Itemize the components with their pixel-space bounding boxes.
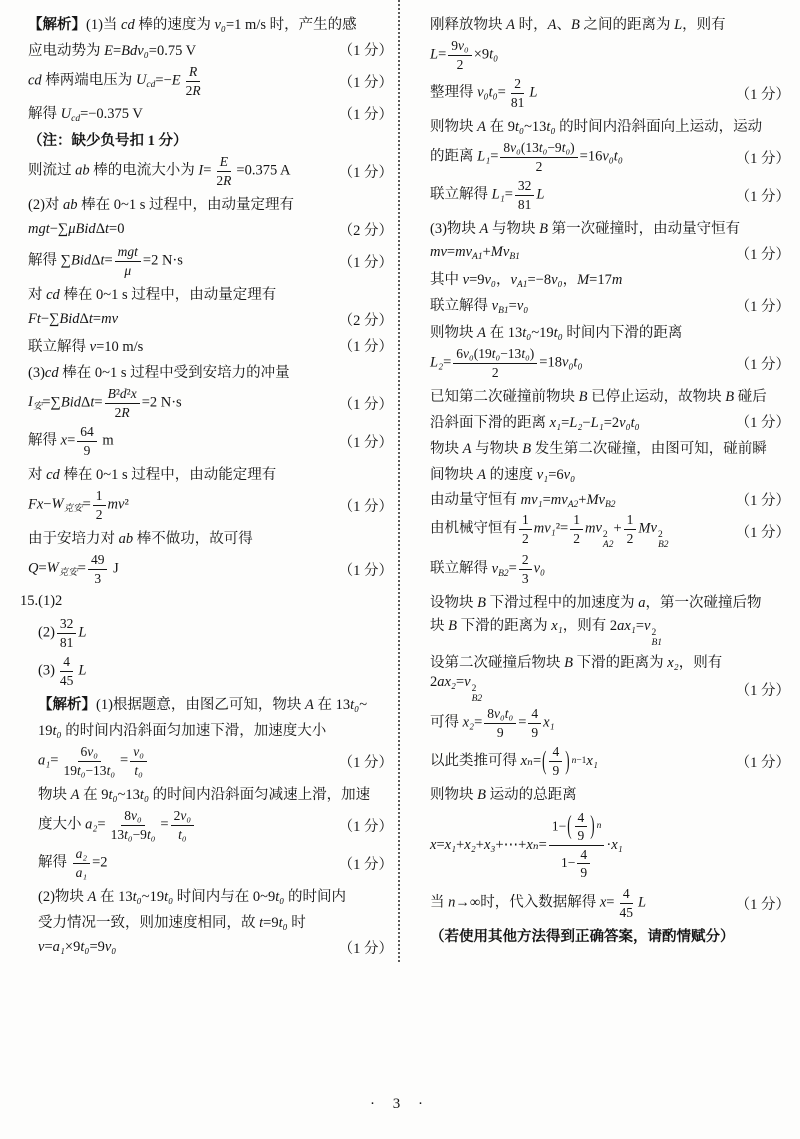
line-content: 整理得 v₀t₀=281L — [430, 76, 730, 110]
line-content: (2)物块 A 在 13t₀~19t₀ 时间内与在 0~9t₀ 的时间内 — [38, 885, 393, 906]
score-mark: （1 分） — [736, 147, 790, 168]
score-mark: （1 分） — [736, 185, 790, 206]
score-mark: （1 分） — [736, 751, 790, 772]
score-mark: （1 分） — [736, 353, 790, 374]
solution-line: 沿斜面下滑的距离 x₁=L₂−L₁=2v₀t₀（1 分） — [430, 408, 790, 434]
solution-line: 解得 x=649 m（1 分） — [20, 422, 393, 460]
score-mark: （1 分） — [736, 489, 790, 510]
line-content: v=a₁×9t₀=9v₀ — [38, 939, 333, 956]
line-content: 则流过 ab 棒的电流大小为 I=E2R=0.375 A — [28, 154, 333, 188]
solution-line: 设第二次碰撞后物块 B 下滑的距离为 x₂，则有 — [430, 648, 790, 674]
solution-line: 【解析】(1)根据题意，由图乙可知，物块 A 在 13t₀~ — [20, 690, 393, 716]
line-content: 联立解得 vB1=v₀ — [430, 294, 730, 316]
line-content: mgt−∑μBidΔt=0 — [28, 221, 333, 238]
line-content: 以此类推可得 xₙ=(49)n−1x₁ — [430, 744, 730, 778]
line-content: 15.(1)2 — [20, 593, 393, 610]
line-content: mv=mvA1+MvB1 — [430, 244, 730, 262]
score-mark: （1 分） — [736, 893, 790, 914]
solution-line: 2ax₂=v2B2（1 分） — [430, 674, 790, 704]
line-content: 则物块 A 在 9t₀~13t₀ 的时间内沿斜面向上运动，运动 — [430, 115, 790, 136]
score-mark: （1 分） — [339, 39, 393, 60]
score-mark: （2 分） — [339, 309, 393, 330]
solution-line: 19t₀ 的时间内沿斜面匀加速下滑，加速度大小 — [20, 716, 393, 742]
line-content: x=x₁+x₂+x₃+⋯+xₙ=1−(49)n1−49·x₁ — [430, 810, 790, 881]
solution-line: (2)3281L — [20, 614, 393, 652]
line-content: (2)3281L — [38, 616, 393, 650]
line-content: 设物块 B 下滑过程中的加速度为 a，第一次碰撞后物 — [430, 591, 790, 612]
solution-line: 则物块 A 在 13t₀~19t₀ 时间内下滑的距离 — [430, 318, 790, 344]
solution-line: mgt−∑μBidΔt=0（2 分） — [20, 216, 393, 242]
line-content: 间物块 A 的速度 v₁=6v₀ — [430, 463, 790, 484]
line-content: 块 B 下滑的距离为 x₁，则有 2ax₁=v2B1 — [430, 614, 790, 648]
solution-line: mv=mvA1+MvB1（1 分） — [430, 240, 790, 266]
line-content: 设第二次碰撞后物块 B 下滑的距离为 x₂，则有 — [430, 651, 790, 672]
line-content: 联立解得 v=10 m/s — [28, 335, 333, 356]
score-mark: （1 分） — [339, 495, 393, 516]
line-content: 由于安培力对 ab 棒不做功，故可得 — [28, 527, 393, 548]
score-mark: （2 分） — [339, 219, 393, 240]
score-mark: （1 分） — [736, 411, 790, 432]
score-mark: （1 分） — [339, 251, 393, 272]
solution-line: （若使用其他方法得到正确答案，请酌情赋分） — [430, 922, 790, 948]
line-content: 应电动势为 E=Bdv₀=0.75 V — [28, 39, 333, 60]
score-mark: （1 分） — [736, 243, 790, 264]
solution-line: 对 cd 棒在 0~1 s 过程中，由动能定理有 — [20, 460, 393, 486]
score-mark: （1 分） — [339, 751, 393, 772]
solution-line: 由动量守恒有 mv₁=mvA2+MvB2（1 分） — [430, 486, 790, 512]
score-mark: （1 分） — [339, 103, 393, 124]
solution-line: 由于安培力对 ab 棒不做功，故可得 — [20, 524, 393, 550]
line-content: 解得 ∑BidΔt=mgtμ=2 N·s — [28, 244, 333, 278]
solution-line: 15.(1)2 — [20, 588, 393, 614]
line-content: 解得 Ucd=−0.375 V — [28, 102, 333, 124]
line-content: 可得 x₂=8v₀t₀9=49x₁ — [430, 706, 790, 740]
line-content: (3)物块 A 与物块 B 第一次碰撞时，由动量守恒有 — [430, 217, 790, 238]
line-content: 对 cd 棒在 0~1 s 过程中，由动能定理有 — [28, 463, 393, 484]
line-content: L=9v₀2×9t₀ — [430, 38, 790, 72]
solution-line: 应电动势为 E=Bdv₀=0.75 V（1 分） — [20, 36, 393, 62]
score-mark: （1 分） — [339, 431, 393, 452]
solution-line: I安=∑BidΔt=B²d²x2R=2 N·s（1 分） — [20, 384, 393, 422]
solution-line: 其中 v=9v₀，vA1=−8v₀，M=17m — [430, 266, 790, 292]
score-mark: （1 分） — [736, 295, 790, 316]
score-mark: （1 分） — [339, 559, 393, 580]
solution-line: L=9v₀2×9t₀ — [430, 36, 790, 74]
solution-line: 整理得 v₀t₀=281L（1 分） — [430, 74, 790, 112]
solution-line: 联立解得 vB1=v₀（1 分） — [430, 292, 790, 318]
solution-line: （注：缺少负号扣 1 分） — [20, 126, 393, 152]
score-mark: （1 分） — [339, 335, 393, 356]
score-mark: （1 分） — [339, 815, 393, 836]
page-footer: · 3 · — [0, 1096, 800, 1113]
solution-line: L₂=6v₀(19t₀−13t₀)2=18v₀t₀（1 分） — [430, 344, 790, 382]
line-content: 由机械守恒有12mv₁²=12mv2A2+12Mv2B2 — [430, 512, 730, 550]
solution-line: 联立解得 vB2=23v₀ — [430, 550, 790, 588]
solution-line: 则物块 A 在 9t₀~13t₀ 的时间内沿斜面向上运动，运动 — [430, 112, 790, 138]
line-content: 联立解得 vB2=23v₀ — [430, 552, 790, 586]
score-mark: （1 分） — [339, 161, 393, 182]
line-content: 对 cd 棒在 0~1 s 过程中，由动量定理有 — [28, 283, 393, 304]
line-content: 已知第二次碰撞前物块 B 已停止运动，故物块 B 碰后 — [430, 385, 790, 406]
line-content: （若使用其他方法得到正确答案，请酌情赋分） — [430, 925, 790, 946]
line-content: Fx−W克安=12mv² — [28, 488, 333, 522]
line-content: 联立解得 L₁=3281L — [430, 178, 730, 212]
solution-line: Ft−∑BidΔt=mv（2 分） — [20, 306, 393, 332]
line-content: I安=∑BidΔt=B²d²x2R=2 N·s — [28, 386, 333, 420]
two-column-layout: 【解析】(1)当 cd 棒的速度为 v₀=1 m/s 时，产生的感应电动势为 E… — [0, 0, 800, 962]
solution-line: 由机械守恒有12mv₁²=12mv2A2+12Mv2B2（1 分） — [430, 512, 790, 550]
line-content: 沿斜面下滑的距离 x₁=L₂−L₁=2v₀t₀ — [430, 411, 730, 432]
line-content: Ft−∑BidΔt=mv — [28, 311, 333, 328]
solution-line: 可得 x₂=8v₀t₀9=49x₁ — [430, 704, 790, 742]
solution-line: 【解析】(1)当 cd 棒的速度为 v₀=1 m/s 时，产生的感 — [20, 10, 393, 36]
line-content: Q=W克安=493 J — [28, 552, 333, 586]
solution-line: (3)445L — [20, 652, 393, 690]
line-content: cd 棒两端电压为 Ucd=−ER2R — [28, 64, 333, 98]
line-content: 度大小 a₂=8v₀13t₀−9t₀=2v₀t₀ — [38, 808, 333, 842]
answer-key-page: 【解析】(1)当 cd 棒的速度为 v₀=1 m/s 时，产生的感应电动势为 E… — [0, 0, 800, 1139]
line-content: 的距离 L₁=8v₀(13t₀−9t₀)2=16v₀t₀ — [430, 140, 730, 174]
solution-line: 受力情况一致，则加速度相同，故 t=9t₀ 时 — [20, 908, 393, 934]
solution-line: 联立解得 L₁=3281L（1 分） — [430, 176, 790, 214]
solution-line: a₁=6v₀19t₀−13t₀=v₀t₀（1 分） — [20, 742, 393, 780]
left-column: 【解析】(1)当 cd 棒的速度为 v₀=1 m/s 时，产生的感应电动势为 E… — [0, 0, 400, 962]
line-content: 由动量守恒有 mv₁=mvA2+MvB2 — [430, 488, 730, 510]
solution-line: 的距离 L₁=8v₀(13t₀−9t₀)2=16v₀t₀（1 分） — [430, 138, 790, 176]
solution-line: 则流过 ab 棒的电流大小为 I=E2R=0.375 A（1 分） — [20, 152, 393, 190]
line-content: 受力情况一致，则加速度相同，故 t=9t₀ 时 — [38, 911, 393, 932]
solution-line: x=x₁+x₂+x₃+⋯+xₙ=1−(49)n1−49·x₁ — [430, 806, 790, 884]
line-content: （注：缺少负号扣 1 分） — [28, 129, 393, 150]
solution-line: 度大小 a₂=8v₀13t₀−9t₀=2v₀t₀（1 分） — [20, 806, 393, 844]
solution-line: 设物块 B 下滑过程中的加速度为 a，第一次碰撞后物 — [430, 588, 790, 614]
solution-line: Q=W克安=493 J（1 分） — [20, 550, 393, 588]
solution-line: (2)对 ab 棒在 0~1 s 过程中，由动量定理有 — [20, 190, 393, 216]
page-number: · 3 · — [370, 1096, 430, 1112]
solution-line: (3)cd 棒在 0~1 s 过程中受到安培力的冲量 — [20, 358, 393, 384]
solution-line: 则物块 B 运动的总距离 — [430, 780, 790, 806]
score-mark: （1 分） — [736, 83, 790, 104]
line-content: 刚释放物块 A 时，A、B 之间的距离为 L，则有 — [430, 13, 790, 34]
line-content: 【解析】(1)根据题意，由图乙可知，物块 A 在 13t₀~ — [38, 693, 393, 714]
solution-line: 当 n→∞时，代入数据解得 x=445L（1 分） — [430, 884, 790, 922]
line-content: 其中 v=9v₀，vA1=−8v₀，M=17m — [430, 268, 790, 290]
solution-line: 刚释放物块 A 时，A、B 之间的距离为 L，则有 — [430, 10, 790, 36]
solution-line: (2)物块 A 在 13t₀~19t₀ 时间内与在 0~9t₀ 的时间内 — [20, 882, 393, 908]
line-content: 物块 A 与物块 B 发生第二次碰撞，由图可知，碰前瞬 — [430, 437, 790, 458]
score-mark: （1 分） — [339, 937, 393, 958]
line-content: 物块 A 在 9t₀~13t₀ 的时间内沿斜面匀减速上滑，加速 — [38, 783, 393, 804]
solution-line: 物块 A 与物块 B 发生第二次碰撞，由图可知，碰前瞬 — [430, 434, 790, 460]
score-mark: （1 分） — [339, 393, 393, 414]
line-content: 解得 a₂a₁=2 — [38, 846, 333, 880]
score-mark: （1 分） — [736, 679, 790, 700]
score-mark: （1 分） — [736, 521, 790, 542]
solution-line: 联立解得 v=10 m/s（1 分） — [20, 332, 393, 358]
line-content: (3)445L — [38, 654, 393, 688]
score-mark: （1 分） — [339, 71, 393, 92]
solution-line: 块 B 下滑的距离为 x₁，则有 2ax₁=v2B1 — [430, 614, 790, 648]
line-content: (2)对 ab 棒在 0~1 s 过程中，由动量定理有 — [28, 193, 393, 214]
line-content: 【解析】(1)当 cd 棒的速度为 v₀=1 m/s 时，产生的感 — [28, 13, 393, 34]
solution-line: (3)物块 A 与物块 B 第一次碰撞时，由动量守恒有 — [430, 214, 790, 240]
solution-line: cd 棒两端电压为 Ucd=−ER2R（1 分） — [20, 62, 393, 100]
line-content: 当 n→∞时，代入数据解得 x=445L — [430, 886, 730, 920]
line-content: 则物块 A 在 13t₀~19t₀ 时间内下滑的距离 — [430, 321, 790, 342]
score-mark: （1 分） — [339, 853, 393, 874]
solution-line: 解得 Ucd=−0.375 V（1 分） — [20, 100, 393, 126]
solution-line: 对 cd 棒在 0~1 s 过程中，由动量定理有 — [20, 280, 393, 306]
solution-line: v=a₁×9t₀=9v₀（1 分） — [20, 934, 393, 960]
solution-line: 解得 a₂a₁=2（1 分） — [20, 844, 393, 882]
solution-line: 解得 ∑BidΔt=mgtμ=2 N·s（1 分） — [20, 242, 393, 280]
line-content: 19t₀ 的时间内沿斜面匀加速下滑，加速度大小 — [38, 719, 393, 740]
solution-line: 以此类推可得 xₙ=(49)n−1x₁（1 分） — [430, 742, 790, 780]
line-content: 2ax₂=v2B2 — [430, 674, 730, 704]
solution-line: 间物块 A 的速度 v₁=6v₀ — [430, 460, 790, 486]
line-content: (3)cd 棒在 0~1 s 过程中受到安培力的冲量 — [28, 361, 393, 382]
line-content: 解得 x=649 m — [28, 424, 333, 458]
solution-line: 物块 A 在 9t₀~13t₀ 的时间内沿斜面匀减速上滑，加速 — [20, 780, 393, 806]
line-content: L₂=6v₀(19t₀−13t₀)2=18v₀t₀ — [430, 346, 730, 380]
line-content: a₁=6v₀19t₀−13t₀=v₀t₀ — [38, 744, 333, 778]
solution-line: 已知第二次碰撞前物块 B 已停止运动，故物块 B 碰后 — [430, 382, 790, 408]
line-content: 则物块 B 运动的总距离 — [430, 783, 790, 804]
solution-line: Fx−W克安=12mv²（1 分） — [20, 486, 393, 524]
right-column: 刚释放物块 A 时，A、B 之间的距离为 L，则有L=9v₀2×9t₀整理得 v… — [400, 0, 800, 962]
